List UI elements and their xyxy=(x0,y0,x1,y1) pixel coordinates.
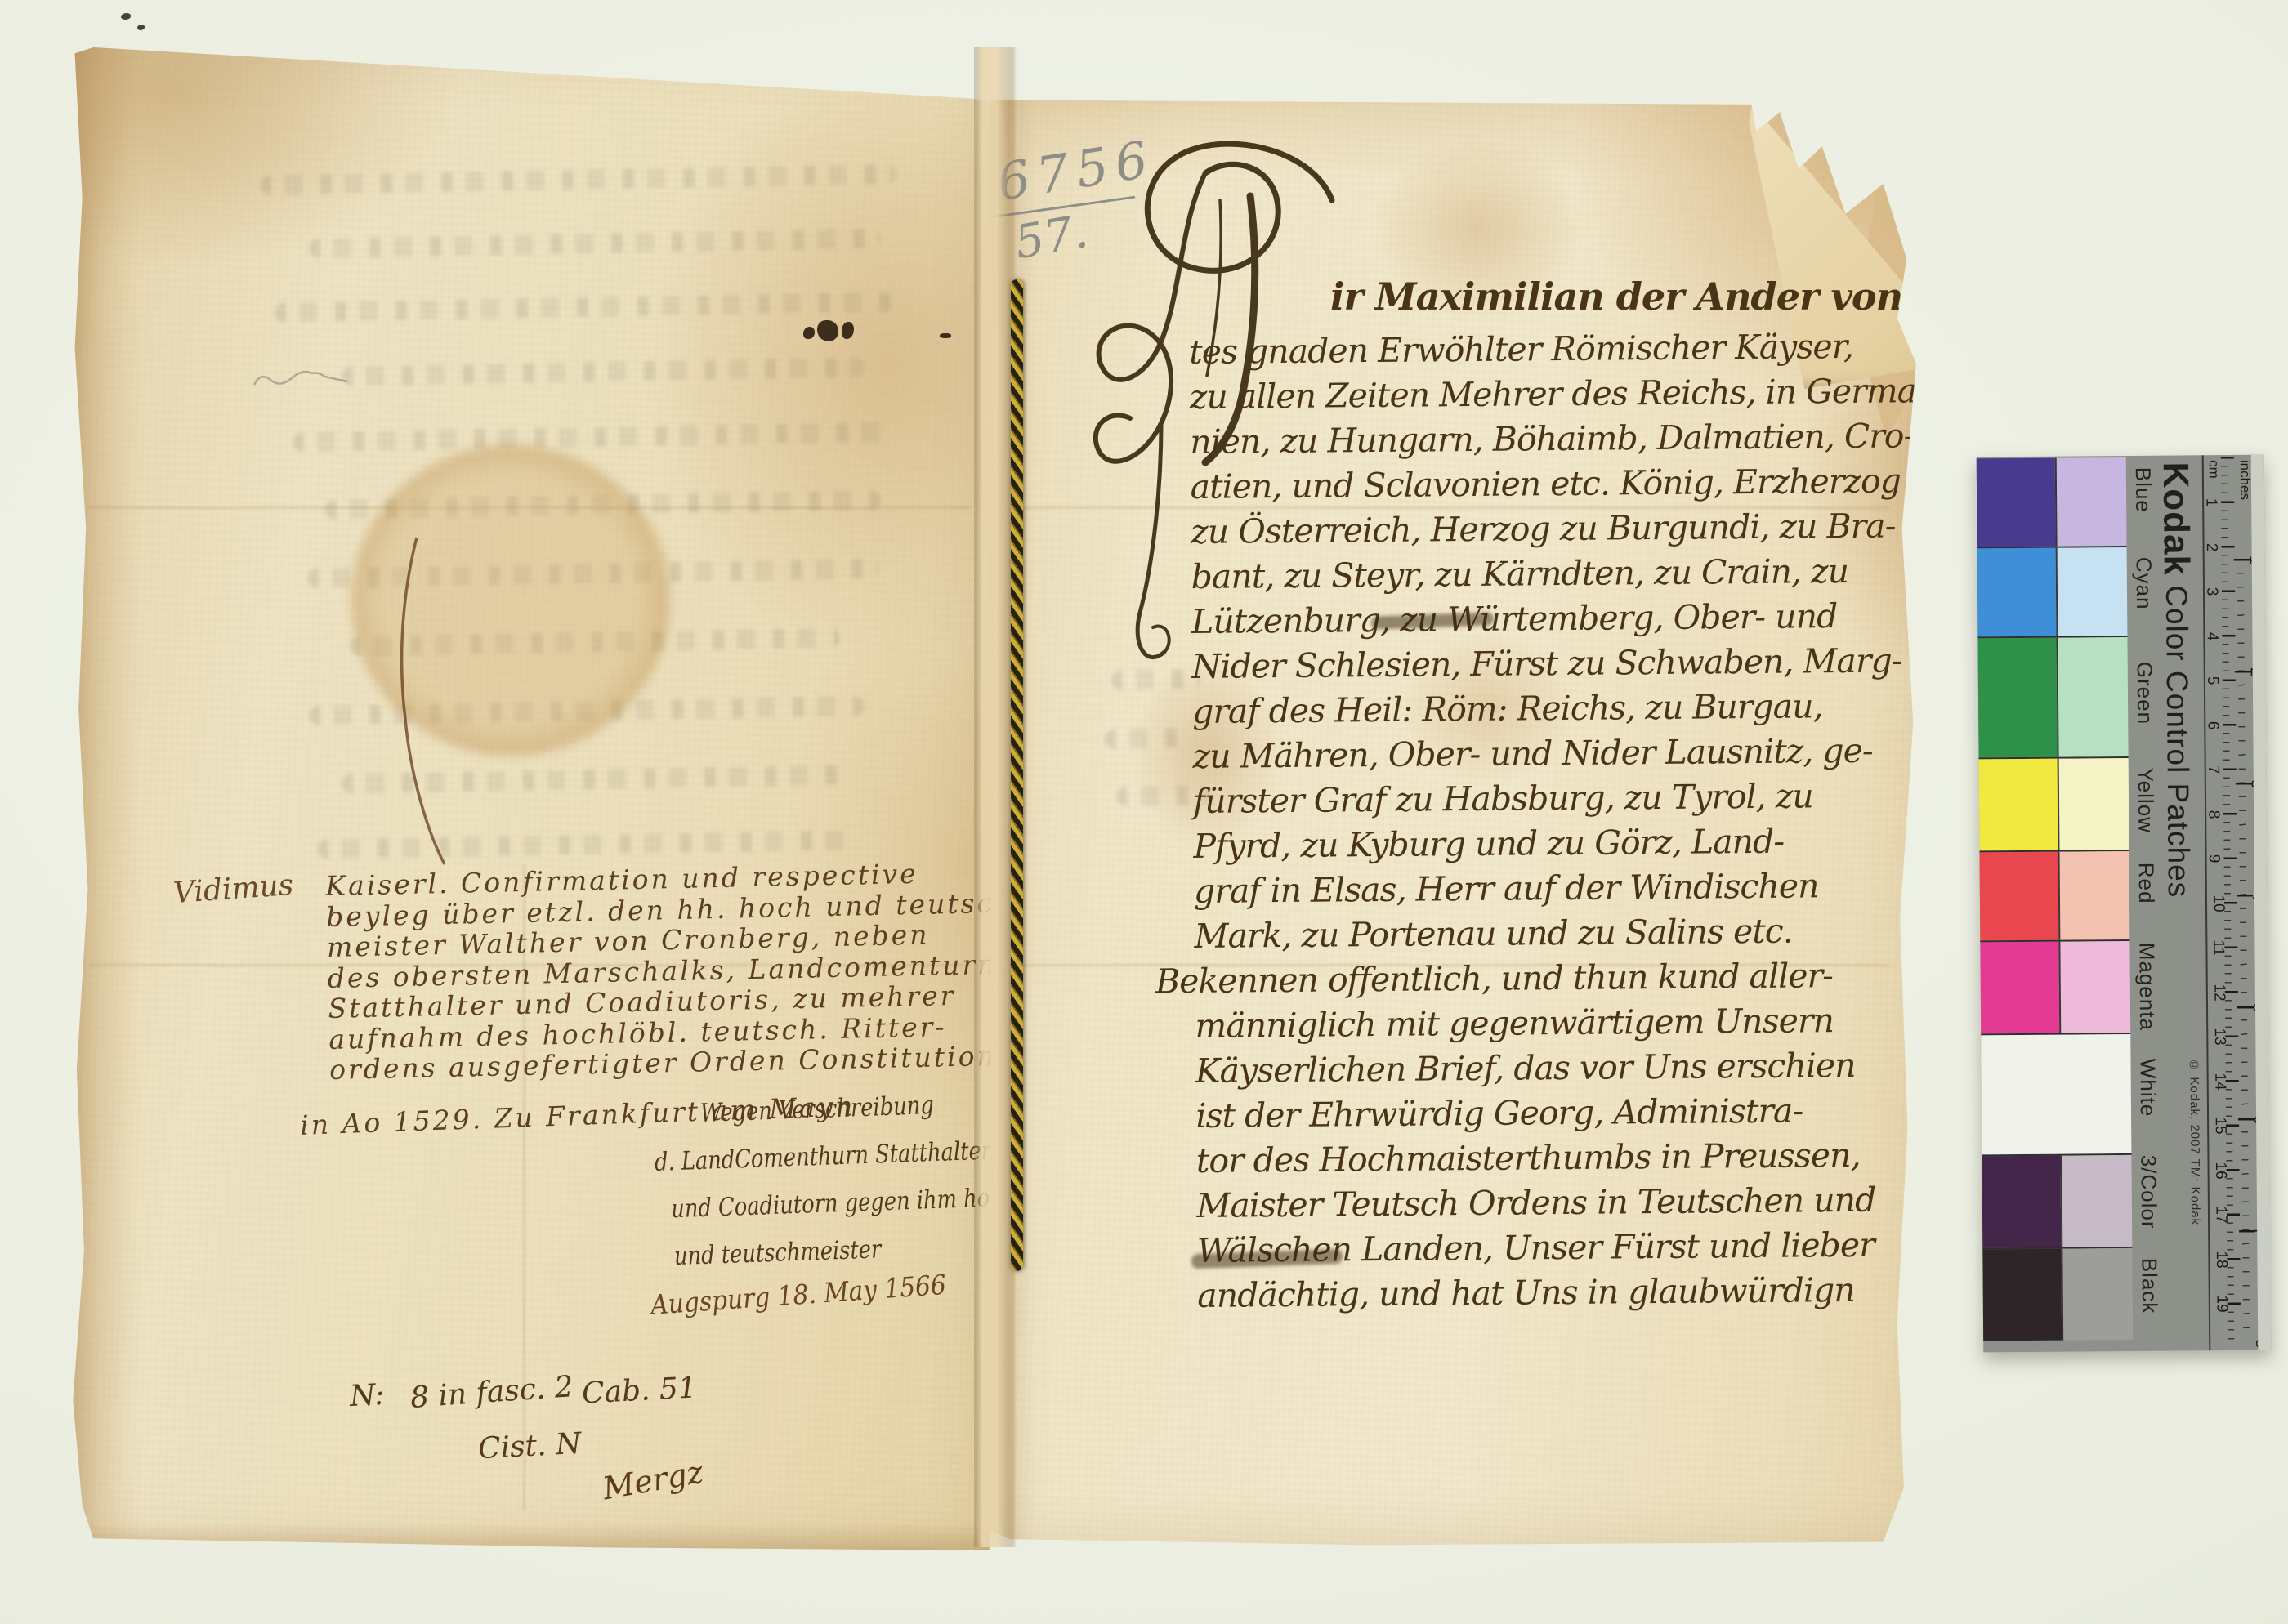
patch-row-blue xyxy=(1977,457,2127,548)
ruler-cm-number: 16 xyxy=(2211,1162,2229,1179)
ink-blot xyxy=(817,320,838,341)
ruler-cm-number: 15 xyxy=(2211,1117,2229,1134)
patch-3color-solid xyxy=(1982,1156,2061,1248)
ruler-cm-number: 5 xyxy=(2203,676,2221,685)
manuscript-line: Pfyrd, zu Kyburg und zu Görz, Land- xyxy=(1193,818,1945,869)
patch-blue-tint xyxy=(2055,457,2127,547)
manuscript-line: Nider Schlesien, Fürst zu Schwaben, Marg… xyxy=(1191,638,1943,689)
ink-blot xyxy=(940,333,951,338)
left-page: Vidimus Kaiserl. Confirmation und respec… xyxy=(64,47,990,1550)
backdrop-speck xyxy=(121,13,131,20)
bleedthrough-line xyxy=(275,292,896,322)
crack-mark xyxy=(392,531,490,874)
patch-label-green: Green xyxy=(2132,662,2158,725)
patch-label-red: Red xyxy=(2134,863,2159,904)
shelfmark-cabinet: Cab. 51 xyxy=(581,1371,698,1410)
kodak-title: Kodak Color Control Patches xyxy=(2155,462,2199,898)
manuscript-line: Käyserlichen Brief, das vor Uns erschien xyxy=(1195,1042,1947,1094)
shelfmark-fascicle: 8 in fasc. 2 xyxy=(409,1370,574,1415)
patch-row-black xyxy=(1982,1248,2133,1341)
patch-yellow-tint xyxy=(2058,758,2129,850)
manuscript-line: graf in Elsas, Herr auf der Windischen xyxy=(1194,863,1946,914)
manuscript-line: Mark, zu Portenau und zu Salins etc. xyxy=(1194,908,1946,959)
manuscript-line: Maister Teutsch Ordens in Teutschen und xyxy=(1196,1177,1948,1229)
ruler-cm-number: 6 xyxy=(2204,721,2222,729)
ruler-cm-number: 4 xyxy=(2203,631,2221,640)
ruler-cm-number: 9 xyxy=(2205,854,2223,863)
color-patches xyxy=(1977,457,2133,1341)
manuscript-line: ist der Ehrwürdig Georg, Administra- xyxy=(1195,1087,1947,1139)
ruler-cm-number: 18 xyxy=(2212,1251,2230,1268)
patch-label-black: Black xyxy=(2136,1258,2162,1314)
bleedthrough-line xyxy=(309,229,881,258)
right-page: 6756 57. ir Maximilian der Ander von Got… xyxy=(990,49,1930,1548)
ruler-cm-number: 17 xyxy=(2211,1206,2229,1223)
patch-magenta-tint xyxy=(2058,941,2130,1033)
patch-row-red xyxy=(1980,851,2130,942)
manuscript-line: graf des Heil: Röm: Reichs, zu Burgau, xyxy=(1192,683,1944,734)
patch-cyan-tint xyxy=(2056,547,2128,636)
patch-row-green xyxy=(1977,637,2128,759)
patch-magenta-solid xyxy=(1980,942,2059,1034)
manuscript-line: zu allen Zeiten Mehrer des Reichs, in Ge… xyxy=(1189,368,1941,420)
pencil-scribble xyxy=(249,364,355,396)
patch-white xyxy=(1981,1034,2131,1154)
patch-label-blue: Blue xyxy=(2130,467,2156,513)
patch-label-yellow: Yellow xyxy=(2133,768,2159,833)
ruler-cm-number: 13 xyxy=(2210,1028,2228,1045)
patch-row-3color xyxy=(1982,1155,2132,1249)
patch-row-white xyxy=(1981,1034,2131,1156)
ruler-cm-number: 10 xyxy=(2209,895,2227,912)
manuscript-line: atien, und Sclavonien etc. König, Erzher… xyxy=(1190,458,1942,510)
kodak-strip: Blue Cyan Green Yellow Red Magenta White… xyxy=(1977,455,2272,1353)
patch-blue-solid xyxy=(1977,458,2056,547)
patch-row-yellow xyxy=(1979,758,2129,852)
ruler-cm-number: 2 xyxy=(2202,542,2220,551)
ruler-cm-number: 11 xyxy=(2209,939,2227,956)
patch-row-cyan xyxy=(1977,547,2128,638)
manuscript-line: tes gnaden Erwöhlter Römischer Käyser, xyxy=(1189,323,1941,375)
bleedthrough-line xyxy=(342,357,865,386)
ruler-cm-number: 3 xyxy=(2202,587,2220,596)
manuscript-heading: ir Maximilian der Ander von Got- xyxy=(1330,274,2001,319)
ruler-cm-number: 7 xyxy=(2204,765,2222,774)
photo-stage: Vidimus Kaiserl. Confirmation und respec… xyxy=(0,0,2288,1624)
ink-blot xyxy=(803,327,815,339)
kodak-brand: Kodak xyxy=(2156,462,2196,576)
manuscript-line: zu Österreich, Herzog zu Burgundi, zu Br… xyxy=(1191,503,1942,555)
paper-grain xyxy=(64,47,990,1550)
dorsal-note: Wegen Verschreibung d. LandComenthurn St… xyxy=(652,1078,1025,1280)
archival-annotation: Kaiserl. Confirmation und respective bey… xyxy=(325,856,1030,1085)
manuscript-line: zu Mähren, Ober- und Nider Lausnitz, ge- xyxy=(1192,728,1944,779)
shelfmark-number: N: xyxy=(349,1378,385,1413)
ruler-cm-number: 1 xyxy=(2201,498,2219,507)
patch-label-white: White xyxy=(2134,1059,2161,1118)
patch-row-magenta xyxy=(1980,941,2130,1035)
patch-label-magenta: Magenta xyxy=(2134,943,2160,1031)
patch-red-solid xyxy=(1980,852,2059,941)
manuscript-line: andächtig, und hat Uns in glaubwürdign xyxy=(1197,1267,1949,1318)
registrar-signature: Mergz xyxy=(600,1454,706,1507)
manuscript-line: bant, zu Steyr, zu Kärndten, zu Crain, z… xyxy=(1191,548,1942,600)
manuscript-line: Lützenburg, zu Würtemberg, Ober- und xyxy=(1191,593,1943,645)
patch-black-tint xyxy=(2061,1248,2133,1341)
stain-overlay xyxy=(64,47,990,1550)
manuscript-line: männiglich mit gegenwärtigem Unsern xyxy=(1195,997,1946,1049)
patch-green-tint xyxy=(2056,637,2128,757)
bleedthrough-line xyxy=(1105,728,1186,749)
vidimus-inscription: Vidimus xyxy=(172,868,295,910)
manuscript-line: Bekennen offentlich, und thun kund aller… xyxy=(1155,953,1946,1004)
kodak-copyright: © Kodak, 2007 TM: Kodak xyxy=(2187,1058,2202,1225)
manuscript-line: tor des Hochmaisterthumbs in Preussen, xyxy=(1196,1132,1948,1184)
ruler-cm-label: cm xyxy=(2205,460,2222,479)
patch-black-solid xyxy=(1982,1249,2062,1341)
ruler-cm-number: 8 xyxy=(2204,810,2222,819)
kodak-title-rest: Color Control Patches xyxy=(2160,576,2196,899)
manuscript-line: Wälschen Landen, Unser Fürst und lieber xyxy=(1197,1222,1949,1274)
patch-yellow-solid xyxy=(1979,759,2058,851)
patch-3color-tint xyxy=(2060,1155,2132,1247)
patch-red-tint xyxy=(2058,851,2129,940)
archival-number-sub: 57. xyxy=(1011,205,1092,270)
binding-cord xyxy=(1011,279,1023,1271)
manuscript-line: nien, zu Hungarn, Böhaimb, Dalmatien, Cr… xyxy=(1190,413,1942,465)
ruler-cm-number: 14 xyxy=(2210,1073,2228,1090)
shelfmark-cist: Cist. N xyxy=(477,1427,582,1466)
ruler-cm-number: 19 xyxy=(2212,1295,2230,1312)
ruler-cm-number: 12 xyxy=(2210,984,2228,1001)
ink-blot xyxy=(842,322,854,339)
patch-label-cyan: Cyan xyxy=(2131,557,2157,610)
patch-cyan-solid xyxy=(1977,548,2057,637)
patch-green-solid xyxy=(1977,638,2057,758)
manuscript-line: fürster Graf zu Habsburg, zu Tyrol, zu xyxy=(1193,773,1945,824)
patch-label-3color: 3/Color xyxy=(2135,1155,2161,1229)
bleedthrough-line xyxy=(260,164,897,195)
manuscript-text-block: tes gnaden Erwöhlter Römischer Käyser, z… xyxy=(1189,323,1950,1318)
edge-vignette xyxy=(64,47,990,1550)
bleedthrough-line xyxy=(293,422,889,453)
backdrop-speck xyxy=(137,25,145,30)
